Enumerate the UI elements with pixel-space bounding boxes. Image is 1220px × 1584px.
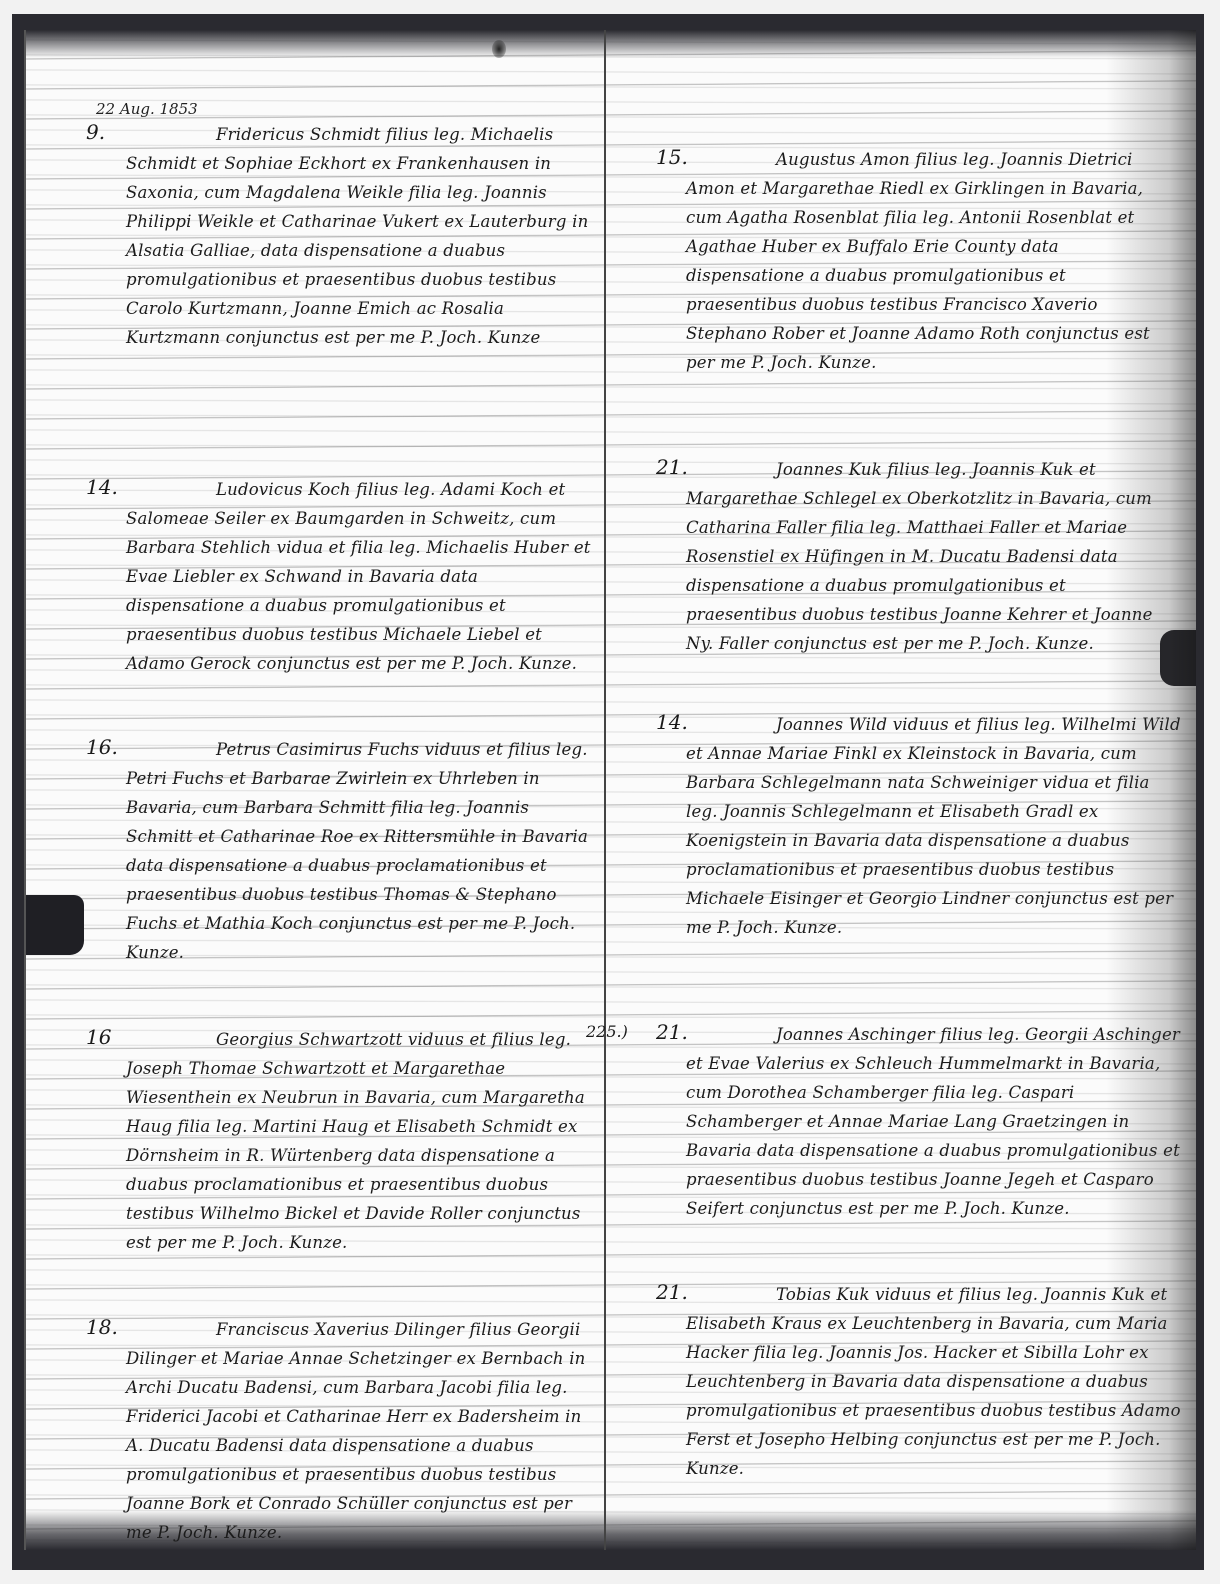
entry-number: 21.	[656, 1280, 688, 1304]
entry-reference-number: 225.)	[586, 1022, 628, 1041]
entry-text: Joannes Wild viduus et filius leg. Wilhe…	[686, 710, 1181, 942]
entry-text: Fridericus Schmidt filius leg. Michaelis…	[126, 120, 596, 352]
entry-text: Joannes Aschinger filius leg. Georgii As…	[686, 1020, 1181, 1223]
binding-tab-left	[26, 895, 84, 955]
entry-text: Augustus Amon filius leg. Joannis Dietri…	[686, 145, 1181, 377]
entry-number: 21.	[656, 1020, 688, 1044]
entry-text: Petrus Casimirus Fuchs viduus et filius …	[126, 735, 596, 967]
entry-number: 21.	[656, 455, 688, 479]
entry-text: Georgius Schwartzott viduus et filius le…	[126, 1025, 596, 1257]
scan-top-shadow	[26, 30, 1196, 58]
entry-number: 14.	[86, 475, 118, 499]
entry-text: Franciscus Xaverius Dilinger filius Geor…	[126, 1315, 596, 1547]
register-page: 22 Aug. 1853 9. Fridericus Schmidt filiu…	[24, 30, 1196, 1550]
entry-text: Tobias Kuk viduus et filius leg. Joannis…	[686, 1280, 1181, 1483]
entry-number: 18.	[86, 1315, 118, 1339]
entry-text: Ludovicus Koch filius leg. Adami Koch et…	[126, 475, 596, 678]
ink-blot	[492, 40, 506, 58]
entry-text: Joannes Kuk filius leg. Joannis Kuk et M…	[686, 455, 1181, 658]
page-center-fold	[604, 30, 606, 1550]
entry-number: 14.	[656, 710, 688, 734]
entry-number: 16	[86, 1025, 111, 1049]
entry-number: 16.	[86, 735, 118, 759]
entry-number: 15.	[656, 145, 688, 169]
entry-number: 9.	[86, 120, 105, 144]
header-date: 22 Aug. 1853	[96, 100, 198, 118]
